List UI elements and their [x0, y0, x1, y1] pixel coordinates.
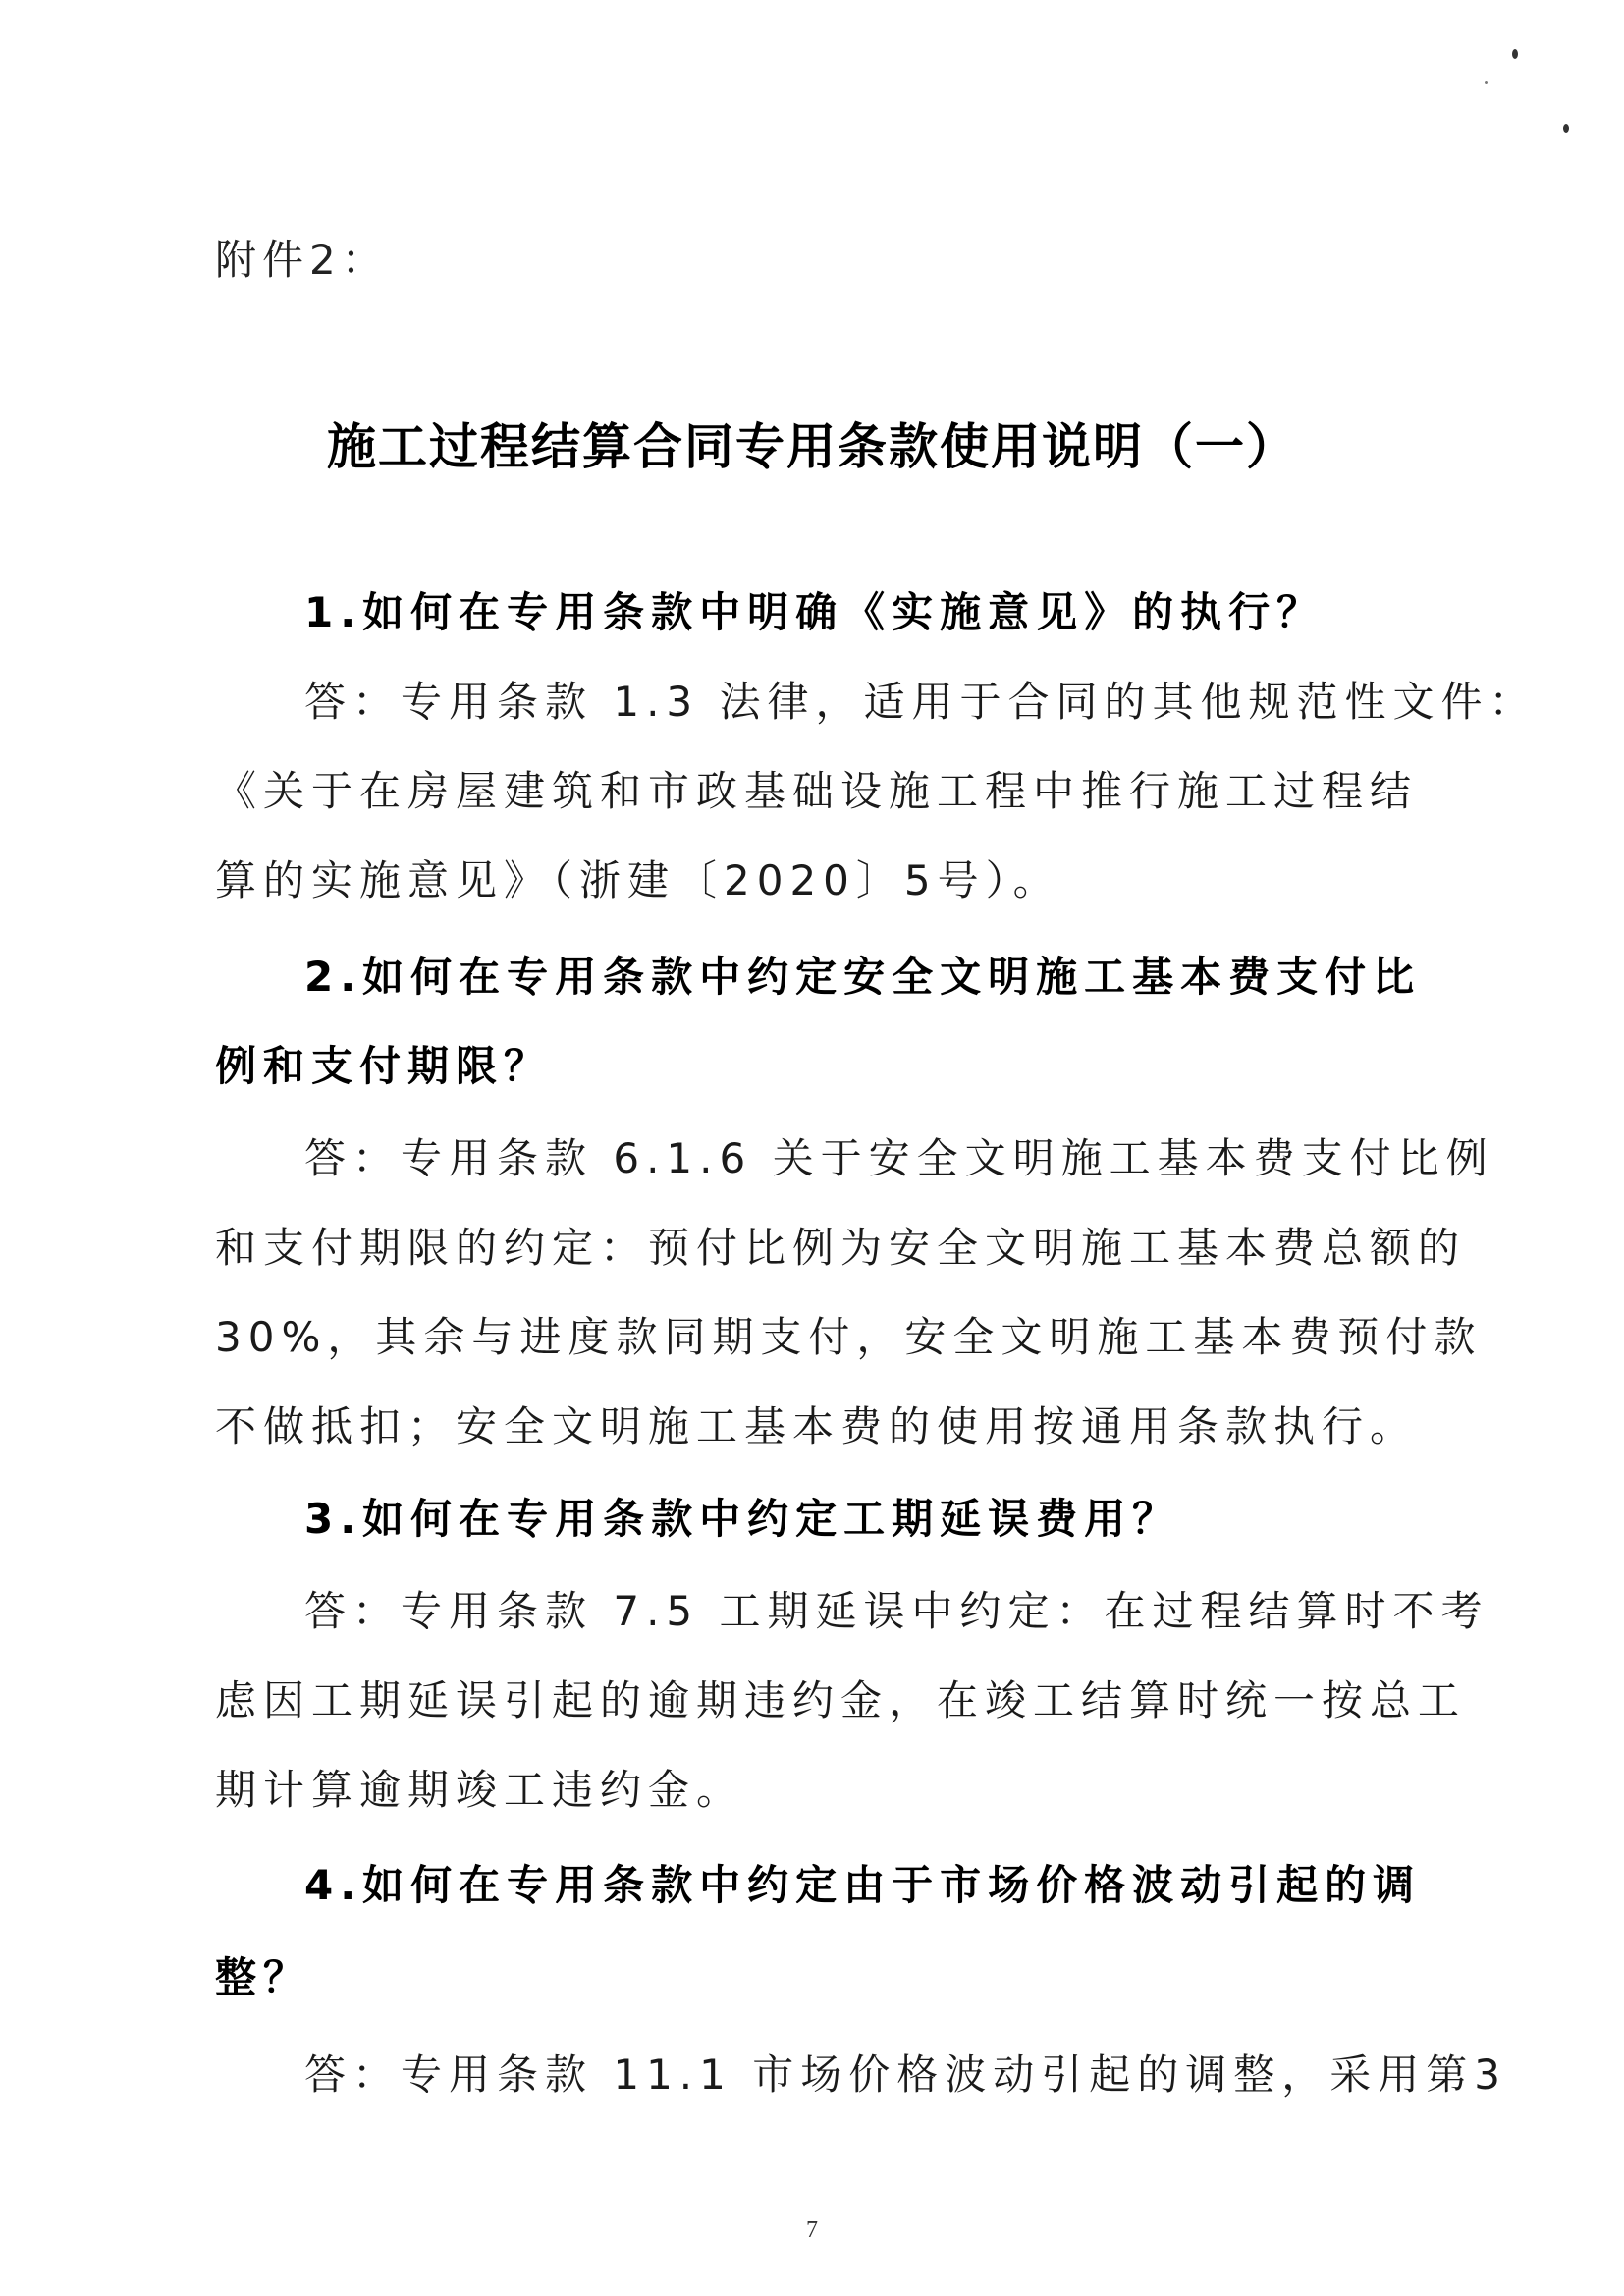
- question-1: 1.如何在专用条款中明确《实施意见》的执行？: [304, 583, 1355, 642]
- scan-speck: [1563, 124, 1569, 133]
- scan-speck: [1485, 81, 1488, 84]
- attachment-label: 附件2：: [215, 228, 389, 287]
- answer-1-line-3: 算的实施意见》（浙建〔2020〕5号）。: [215, 851, 1354, 910]
- question-4-line-2: 整？: [215, 1948, 1354, 2007]
- question-2-line-2: 例和支付期限？: [215, 1037, 1354, 1096]
- answer-2-line-2: 和支付期限的约定：预付比例为安全文明施工基本费总额的: [215, 1219, 1354, 1278]
- answer-3-line-3: 期计算逾期竣工违约金。: [215, 1761, 1354, 1820]
- scan-speck: [1512, 49, 1518, 59]
- document-title: 施工过程结算合同专用条款使用说明（一）: [0, 408, 1624, 478]
- question-2-line-1: 2.如何在专用条款中约定安全文明施工基本费支付比: [304, 948, 1355, 1007]
- answer-2-line-1: 答：专用条款 6.1.6 关于安全文明施工基本费支付比例: [304, 1129, 1355, 1188]
- document-page: 附件2： 施工过程结算合同专用条款使用说明（一） 1.如何在专用条款中明确《实施…: [0, 0, 1624, 2296]
- answer-1-line-1: 答：专用条款 1.3 法律，适用于合同的其他规范性文件：: [304, 673, 1355, 732]
- question-3: 3.如何在专用条款中约定工期延误费用？: [304, 1490, 1355, 1549]
- answer-1-line-2: 《关于在房屋建筑和市政基础设施工程中推行施工过程结: [215, 762, 1354, 821]
- page-number: 7: [0, 2217, 1624, 2244]
- answer-3-line-1: 答：专用条款 7.5 工期延误中约定：在过程结算时不考: [304, 1582, 1355, 1641]
- answer-4-line-1: 答：专用条款 11.1 市场价格波动引起的调整，采用第3: [304, 2046, 1355, 2105]
- answer-2-line-3: 30%，其余与进度款同期支付，安全文明施工基本费预付款: [215, 1308, 1354, 1367]
- answer-3-line-2: 虑因工期延误引起的逾期违约金，在竣工结算时统一按总工: [215, 1671, 1354, 1730]
- question-4-line-1: 4.如何在专用条款中约定由于市场价格波动引起的调: [304, 1856, 1355, 1915]
- answer-2-line-4: 不做抵扣；安全文明施工基本费的使用按通用条款执行。: [215, 1397, 1354, 1456]
